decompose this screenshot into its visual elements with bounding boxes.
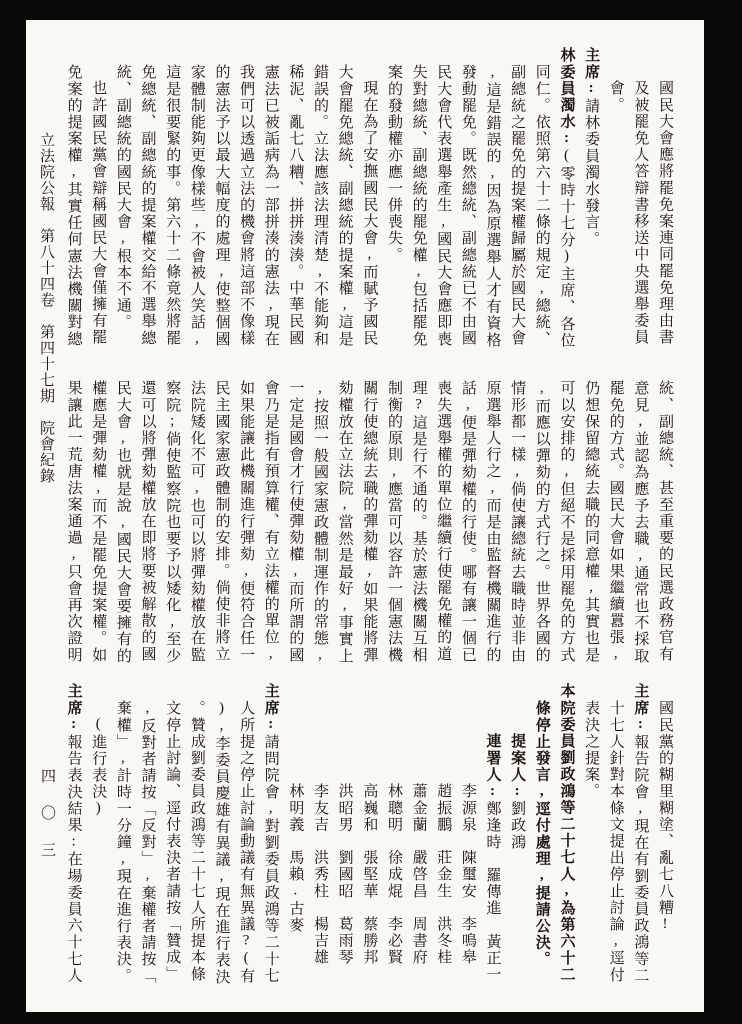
text-column: 統、副總統、甚至重要的民選政務官有: [652, 363, 677, 665]
text-column: 情形都一樣,倘使讓總統去職時並非由: [505, 363, 530, 665]
text-column: 可以安排的,但絕不是採用罷免的方式: [554, 363, 579, 665]
speech-column: 提案人:劉政鴻: [505, 683, 530, 985]
text-column: 條停止發言,逕付處理,提請公決。: [529, 683, 554, 985]
text-column: 民主國家憲政體制的安排。倘使非將立: [209, 363, 234, 665]
text-band-bottom: 國民黨的糊里糊塗、亂七八糟!主席:報告院會,現在有劉委員政鴻等二十七人針對本條文…: [60, 683, 677, 985]
scan-background: { "publication": { "margin_title": "立法院公…: [0, 0, 742, 1024]
text-column: 統、副總統的國民大會,根本不通。: [110, 47, 135, 349]
gazette-page: 立法院公報 第八十四卷 第四十七期 院會紀錄 四〇三 國民大會應將罷免案連同罷免…: [26, 20, 704, 1012]
text-column: 喪失選舉權的單位繼續行使罷免權的道: [431, 363, 456, 665]
text-column: 失對總統、副總統的罷免權,包括罷免: [406, 47, 431, 349]
text-column: 我們可以透過立法的機會將這部不像樣: [233, 47, 258, 349]
speaker-label: 主席:: [66, 683, 82, 734]
text-column: 免總統、副總統的提案權交給不選舉總: [135, 47, 160, 349]
text-column: 棄權」,計時一分鐘,現在進行表決。: [110, 683, 135, 985]
text-column: 法院矮化不可,也可以將彈劾權放在監: [184, 363, 209, 665]
text-column: 錯誤的。立法應該法理清楚,不能夠和: [307, 47, 332, 349]
page-number: 四〇三: [37, 768, 58, 879]
text-column: 現在為了安撫國民大會,而賦予國民: [357, 47, 382, 349]
speech-column: 主席:請林委員濁水發言。: [578, 47, 603, 349]
text-column: 會乃是指有預算權、有立法權的單位,: [258, 363, 283, 665]
text-column: 關行使總統去職的彈劾權,如果能將彈: [357, 363, 382, 665]
text-column: 十七人針對本條文提出停止討論,逕付: [603, 683, 628, 985]
text-column: 一定是國會才行使彈劾權,而所謂的國: [283, 363, 308, 665]
text-column: 林聰明 徐成焜 李必賢: [381, 683, 406, 985]
text-column: 免案的提案權,其實任何憲法機關對總: [61, 47, 86, 349]
text-column: 原選舉人行之,而是由監督機關進行的: [480, 363, 505, 665]
text-column: 李友吉 洪秀柱 楊吉雄: [307, 683, 332, 985]
text-column: 副總統之罷免的提案權歸屬於國民大會: [505, 47, 530, 349]
text-column: 稀泥、亂七八糟、拼拼湊湊。中華民國: [283, 47, 308, 349]
speech-column: 連署人:鄭逢時 羅傳進 黃正一: [480, 683, 505, 985]
text-column: 洪昭男 劉國昭 葛雨琴: [332, 683, 357, 985]
speech-column: 主席:報告表決結果:在場委員六十七人: [61, 683, 86, 985]
text-column: 制衡的原則,應當可以容許一個憲法機: [381, 363, 406, 665]
text-column: 人所提之停止討論動議有無異議?(有: [233, 683, 258, 985]
text-column: 林明義 馬賴.古麥: [283, 683, 308, 985]
text-column: 如果能讓此機關進行彈劾,便符合任一: [233, 363, 258, 665]
text-column: 果讓此一荒唐法案通過,只會再次證明: [61, 363, 86, 665]
text-column: 趙振鵬 莊金生 洪冬桂: [431, 683, 456, 985]
text-column: 罷免的方式。國民大會如果繼續囂張,: [603, 363, 628, 665]
speaker-label: 主席:: [583, 47, 599, 98]
text-column: 文停止討論、逕付表決者請按「贊成」: [160, 683, 185, 985]
speech-column: 林委員濁水:(零時十七分)主席、各位: [554, 47, 579, 349]
text-column: 李源泉 陳璽安 李鳴皋: [455, 683, 480, 985]
text-column: 同仁。依照第六十二條的規定,總統、: [529, 47, 554, 349]
text-column: ,反對者請按「反對」,棄權者請按「: [135, 683, 160, 985]
text-column: 理?這是行不通的。基於憲法機關互相: [406, 363, 431, 665]
speaker-label: 主席:: [263, 683, 279, 734]
speech-column: 主席:請問院會,對劉委員政鴻等二十七: [258, 683, 283, 985]
text-column: 這是很要緊的事。第六十二條竟然將罷: [160, 47, 185, 349]
text-column: 高巍和 張堅華 蔡勝邦: [357, 683, 382, 985]
speaker-label: 主席:: [632, 683, 648, 734]
text-column: 民大會代表選舉產生,國民大會應即喪: [431, 47, 456, 349]
text-column: 。贊成劉委員政鴻等二十七人所提本條: [184, 683, 209, 985]
gazette-margin-title: 立法院公報 第八十四卷 第四十七期 院會紀錄: [36, 132, 57, 532]
text-band-middle: 統、副總統、甚至重要的民選政務官有意見,並認為應予去職,通常也不採取罷免的方式。…: [60, 363, 677, 665]
text-column: 蕭金蘭 嚴啓昌 周書府: [406, 683, 431, 985]
text-column: 國民大會應將罷免案連同罷免理由書: [652, 47, 677, 349]
text-column: 大會罷免總統、副總統的提案權,這是: [332, 47, 357, 349]
text-column: 本院委員劉政鴻等二十七人,為第六十二: [554, 683, 579, 985]
speech-column: 主席:報告院會,現在有劉委員政鴻等二: [628, 683, 653, 985]
text-column: 意見,並認為應予去職,通常也不採取: [628, 363, 653, 665]
text-column: 權應是彈劾權,而不是罷免提案權。如: [86, 363, 111, 665]
text-column: ),李委員慶雄有異議,現在進行表決: [209, 683, 234, 985]
text-column: 國民黨的糊里糊塗、亂七八糟!: [652, 683, 677, 985]
speaker-label: 提案人:: [509, 733, 525, 800]
text-column: 家體制能夠更像樣些,不會被人笑話,: [184, 47, 209, 349]
text-column: (進行表決): [86, 683, 111, 985]
text-column: 察院;倘使監察院也要予以矮化,至少: [160, 363, 185, 665]
text-column: 會。: [603, 47, 628, 349]
text-column: 也許國民黨會辯稱國民大會僅擁有罷: [86, 47, 111, 349]
text-column: 還可以將彈劾權放在即將要被解散的國: [135, 363, 160, 665]
text-column: ,而應以彈劾的方式行之。世界各國的: [529, 363, 554, 665]
text-column: 的憲法予以最大幅度的處理,使整個國: [209, 47, 234, 349]
text-column: ,這是錯誤的,因為原選舉人才有資格: [480, 47, 505, 349]
text-column: 劾權放在立法院,當然是最好,事實上: [332, 363, 357, 665]
text-column: 話,便是彈劾權的行使。哪有讓一個已: [455, 363, 480, 665]
text-column: 發動罷免。既然總統、副總統已不由國: [455, 47, 480, 349]
text-column: 憲法已被詬病為一部拼湊的憲法,現在: [258, 47, 283, 349]
text-column: ,按照一般國家憲政體制運作的常態,: [307, 363, 332, 665]
speaker-label: 林委員濁水:: [558, 47, 574, 148]
text-column: 案的發動權亦應一併喪失。: [381, 47, 406, 349]
text-column: 表決之提案。: [578, 683, 603, 985]
text-band-top: 國民大會應將罷免案連同罷免理由書及被罷免人答辯書移送中央選舉委員會。主席:請林委…: [60, 47, 677, 349]
text-column: 民大會,也就是說,國民大會要擁有的: [110, 363, 135, 665]
speaker-label: 連署人:: [485, 733, 501, 800]
text-column: 仍想保留總統去職的同意權,其實也是: [578, 363, 603, 665]
text-column: 及被罷免人答辯書移送中央選舉委員: [628, 47, 653, 349]
